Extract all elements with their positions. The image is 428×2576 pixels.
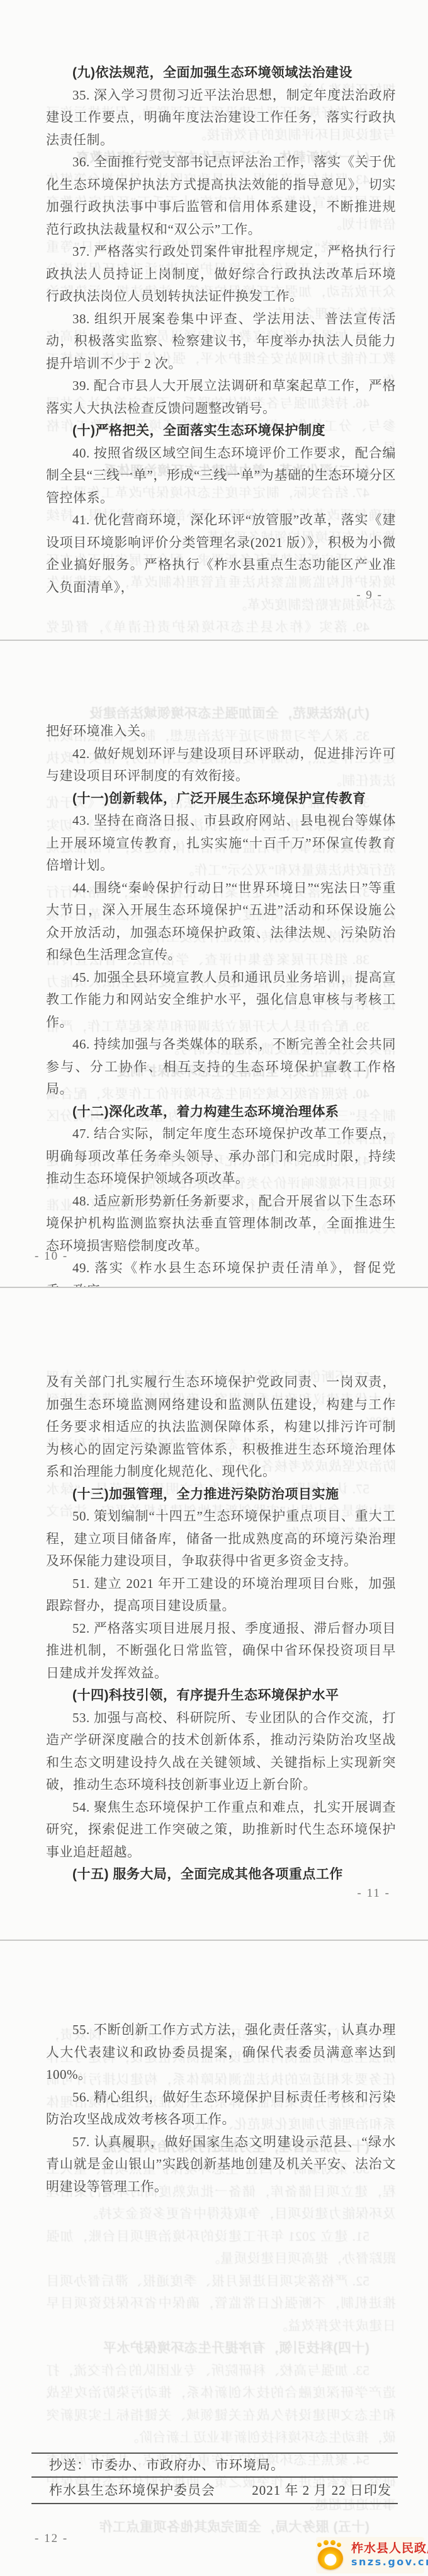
- cc-line: 抄送：市委办、市政府办、市环境局。: [31, 2454, 398, 2476]
- section-heading: (十)严格把关，全面落实生态环境保护制度: [46, 420, 396, 442]
- document-paragraph: 40. 按照省级区域空间生态环境评价工作要求，配合编制全县“三线一单”，形成“三…: [46, 442, 396, 510]
- document-paragraph: 45. 加强全县环境宣教人员和通讯员业务培训，提高宣教工作能力和网站安全维护水平…: [46, 967, 396, 1034]
- document-paragraph: 46. 持续加强与各类媒体的联系，不断完善全社会共同参与、分工协作、相互支持的生…: [46, 1033, 396, 1101]
- issue-line: 柞水县生态环境保护委员会 2021 年 2 月 22 日印发: [31, 2478, 398, 2503]
- document-footer: 抄送：市委办、市政府办、市环境局。 柞水县生态环境保护委员会 2021 年 2 …: [31, 2452, 398, 2504]
- footprint-toe: [324, 2540, 329, 2545]
- document-paragraph: 35. 深入学习贯彻习近平法治思想，制定年度法治政府建设工作要点，明确年度法治建…: [46, 84, 396, 152]
- gov-site-title: 柞水县人民政府: [351, 2542, 428, 2556]
- page-content: 55. 不断创新工作方式方法，强化责任落实，认真办理人大代表建议和政协委员提案，…: [46, 1941, 396, 2198]
- section-heading: (十五) 服务大局，全面完成其他各项重点工作: [46, 1863, 396, 1886]
- footprint-toe: [330, 2540, 335, 2545]
- footprint-logo-icon: [316, 2539, 346, 2572]
- page-number: - 12 -: [35, 2532, 68, 2546]
- section-heading: (十四)科技引领，有序提升生态环境保护水平: [46, 1684, 396, 1707]
- page-content: 把好环境准入关。42. 做好规划环评与建设项目环评联动，促进排污许可与建设项目环…: [46, 641, 396, 1287]
- footprint-toe: [337, 2543, 341, 2547]
- gov-logo-text: 柞水县人民政府 snzs.gov.cn: [351, 2542, 428, 2568]
- gov-site-logo: 柞水县人民政府 snzs.gov.cn: [316, 2537, 424, 2573]
- document-page-12: 及有关部门扎实履行生态环境保护党政同责、一岗双责，加强生态环境监测网络建设和监测…: [0, 1940, 428, 2576]
- page-number: - 10 -: [35, 1250, 68, 1263]
- document-paragraph: 51. 建立 2021 年开工建设的环境治理项目台账，加强跟踪督办，提高项目建设…: [46, 1573, 396, 1618]
- page-content: 及有关部门扎实履行生态环境保护党政同责、一岗双责，加强生态环境监测网络建设和监测…: [46, 1288, 396, 1886]
- document-paragraph: 56. 精心组织，做好生态环境保护目标责任考核和污染防治攻坚战成效考核各项工作。: [46, 2086, 396, 2131]
- section-heading: (十一)创新载体，广泛开展生态环境保护宣传教育: [46, 788, 396, 810]
- document-paragraph: 47. 结合实际，制定年度生态环境保护改革工作要点，明确每项改革任务牵头领导、承…: [46, 1123, 396, 1190]
- document-paragraph: 48. 适应新形势新任务新要求，配合开展省以下生态环境保护机构监测监察执法垂直管…: [46, 1190, 396, 1258]
- issuer-name: 柞水县生态环境保护委员会: [49, 2478, 215, 2503]
- document-paragraph: 37. 严格落实行政处罚案件审批程序规定，严格执行行政执法人员持证上岗制度，做好…: [46, 241, 396, 308]
- document-page-9: 把好环境准入关。42. 做好规划环评与建设项目环评联动，促进排污许可与建设项目环…: [0, 0, 428, 640]
- document-paragraph: 38. 组织开展案卷集中评查、学法用法、普法宣传活动，积极落实监察、检察建议书，…: [46, 308, 396, 376]
- document-page-11: 55. 不断创新工作方式方法，强化责任落实，认真办理人大代表建议和政协委员提案，…: [0, 1287, 428, 1940]
- footprint-toe: [317, 2543, 322, 2547]
- section-heading: (十二)深化改革，着力构建生态环境治理体系: [46, 1101, 396, 1124]
- document-paragraph: 把好环境准入关。: [46, 720, 396, 743]
- footer-rule: [31, 2503, 398, 2504]
- gov-site-url: snzs.gov.cn: [351, 2556, 428, 2568]
- page-content: (九)依法规范，全面加强生态环境领域法治建设35. 深入学习贯彻习近平法治思想，…: [46, 0, 396, 599]
- document-paragraph: 49. 落实《柞水县生态环境保护责任清单》，督促党委、政府: [46, 1257, 396, 1287]
- document-paragraph: 41. 优化营商环境，深化环评“放管服”改革，落实《建设项目环境影响评价分类管理…: [46, 509, 396, 599]
- document-paragraph: 55. 不断创新工作方式方法，强化责任落实，认真办理人大代表建议和政协委员提案，…: [46, 2019, 396, 2086]
- document-paragraph: 42. 做好规划环评与建设项目环评联动，促进排污许可与建设项目环评制度的有效衔接…: [46, 743, 396, 788]
- print-date: 2021 年 2 月 22 日印发: [252, 2478, 391, 2503]
- section-heading: (九)依法规范，全面加强生态环境领域法治建设: [46, 62, 396, 84]
- document-paragraph: 及有关部门扎实履行生态环境保护党政同责、一岗双责，加强生态环境监测网络建设和监测…: [46, 1371, 396, 1483]
- section-heading: (十三)加强管理，全力推进污染防治项目实施: [46, 1483, 396, 1506]
- document-paragraph: 44. 围绕“秦岭保护行动日”“世界环境日”“宪法日”等重大节日，深入开展生态环…: [46, 877, 396, 967]
- page-number: - 11 -: [358, 1887, 390, 1900]
- document-paragraph: 53. 加强与高校、科研院所、专业团队的合作交流，打造产学研深度融合的技术创新体…: [46, 1707, 396, 1797]
- document-paragraph: 57. 认真履职，做好国家生态文明建设示范县、“绿水青山就是金山银山”实践创新基…: [46, 2131, 396, 2199]
- page-number: - 9 -: [356, 589, 383, 602]
- document-paragraph: 52. 严格落实项目进展月报、季度通报、滞后督办项目推进机制，不断强化日常监管，…: [46, 1618, 396, 1685]
- document-page-10: (九)依法规范，全面加强生态环境领域法治建设35. 深入学习贯彻习近平法治思想，…: [0, 640, 428, 1287]
- document-paragraph: 39. 配合市县人大开展立法调研和草案起草工作，严格落实人大执法检查反馈问题整改…: [46, 375, 396, 420]
- document-paragraph: 50. 策划编制“十四五”生态环境保护重点项目、重大工程，建立项目储备库，储备一…: [46, 1505, 396, 1573]
- document-paragraph: 43. 坚持在商洛日报、市县政府网站、县电视台等媒体上开展环境宣传教育，扎实实施…: [46, 810, 396, 877]
- document-paragraph: 54. 聚焦生态环境保护工作重点和难点，扎实开展调查研究，探索促进工作突破之策，…: [46, 1797, 396, 1864]
- footprint-pad: [318, 2547, 343, 2570]
- scanned-document: 把好环境准入关。42. 做好规划环评与建设项目环评联动，促进排污许可与建设项目环…: [0, 0, 428, 2576]
- document-paragraph: 36. 全面推行党支部书记点评法治工作，落实《关于优化生态环境保护执法方式提高执…: [46, 151, 396, 241]
